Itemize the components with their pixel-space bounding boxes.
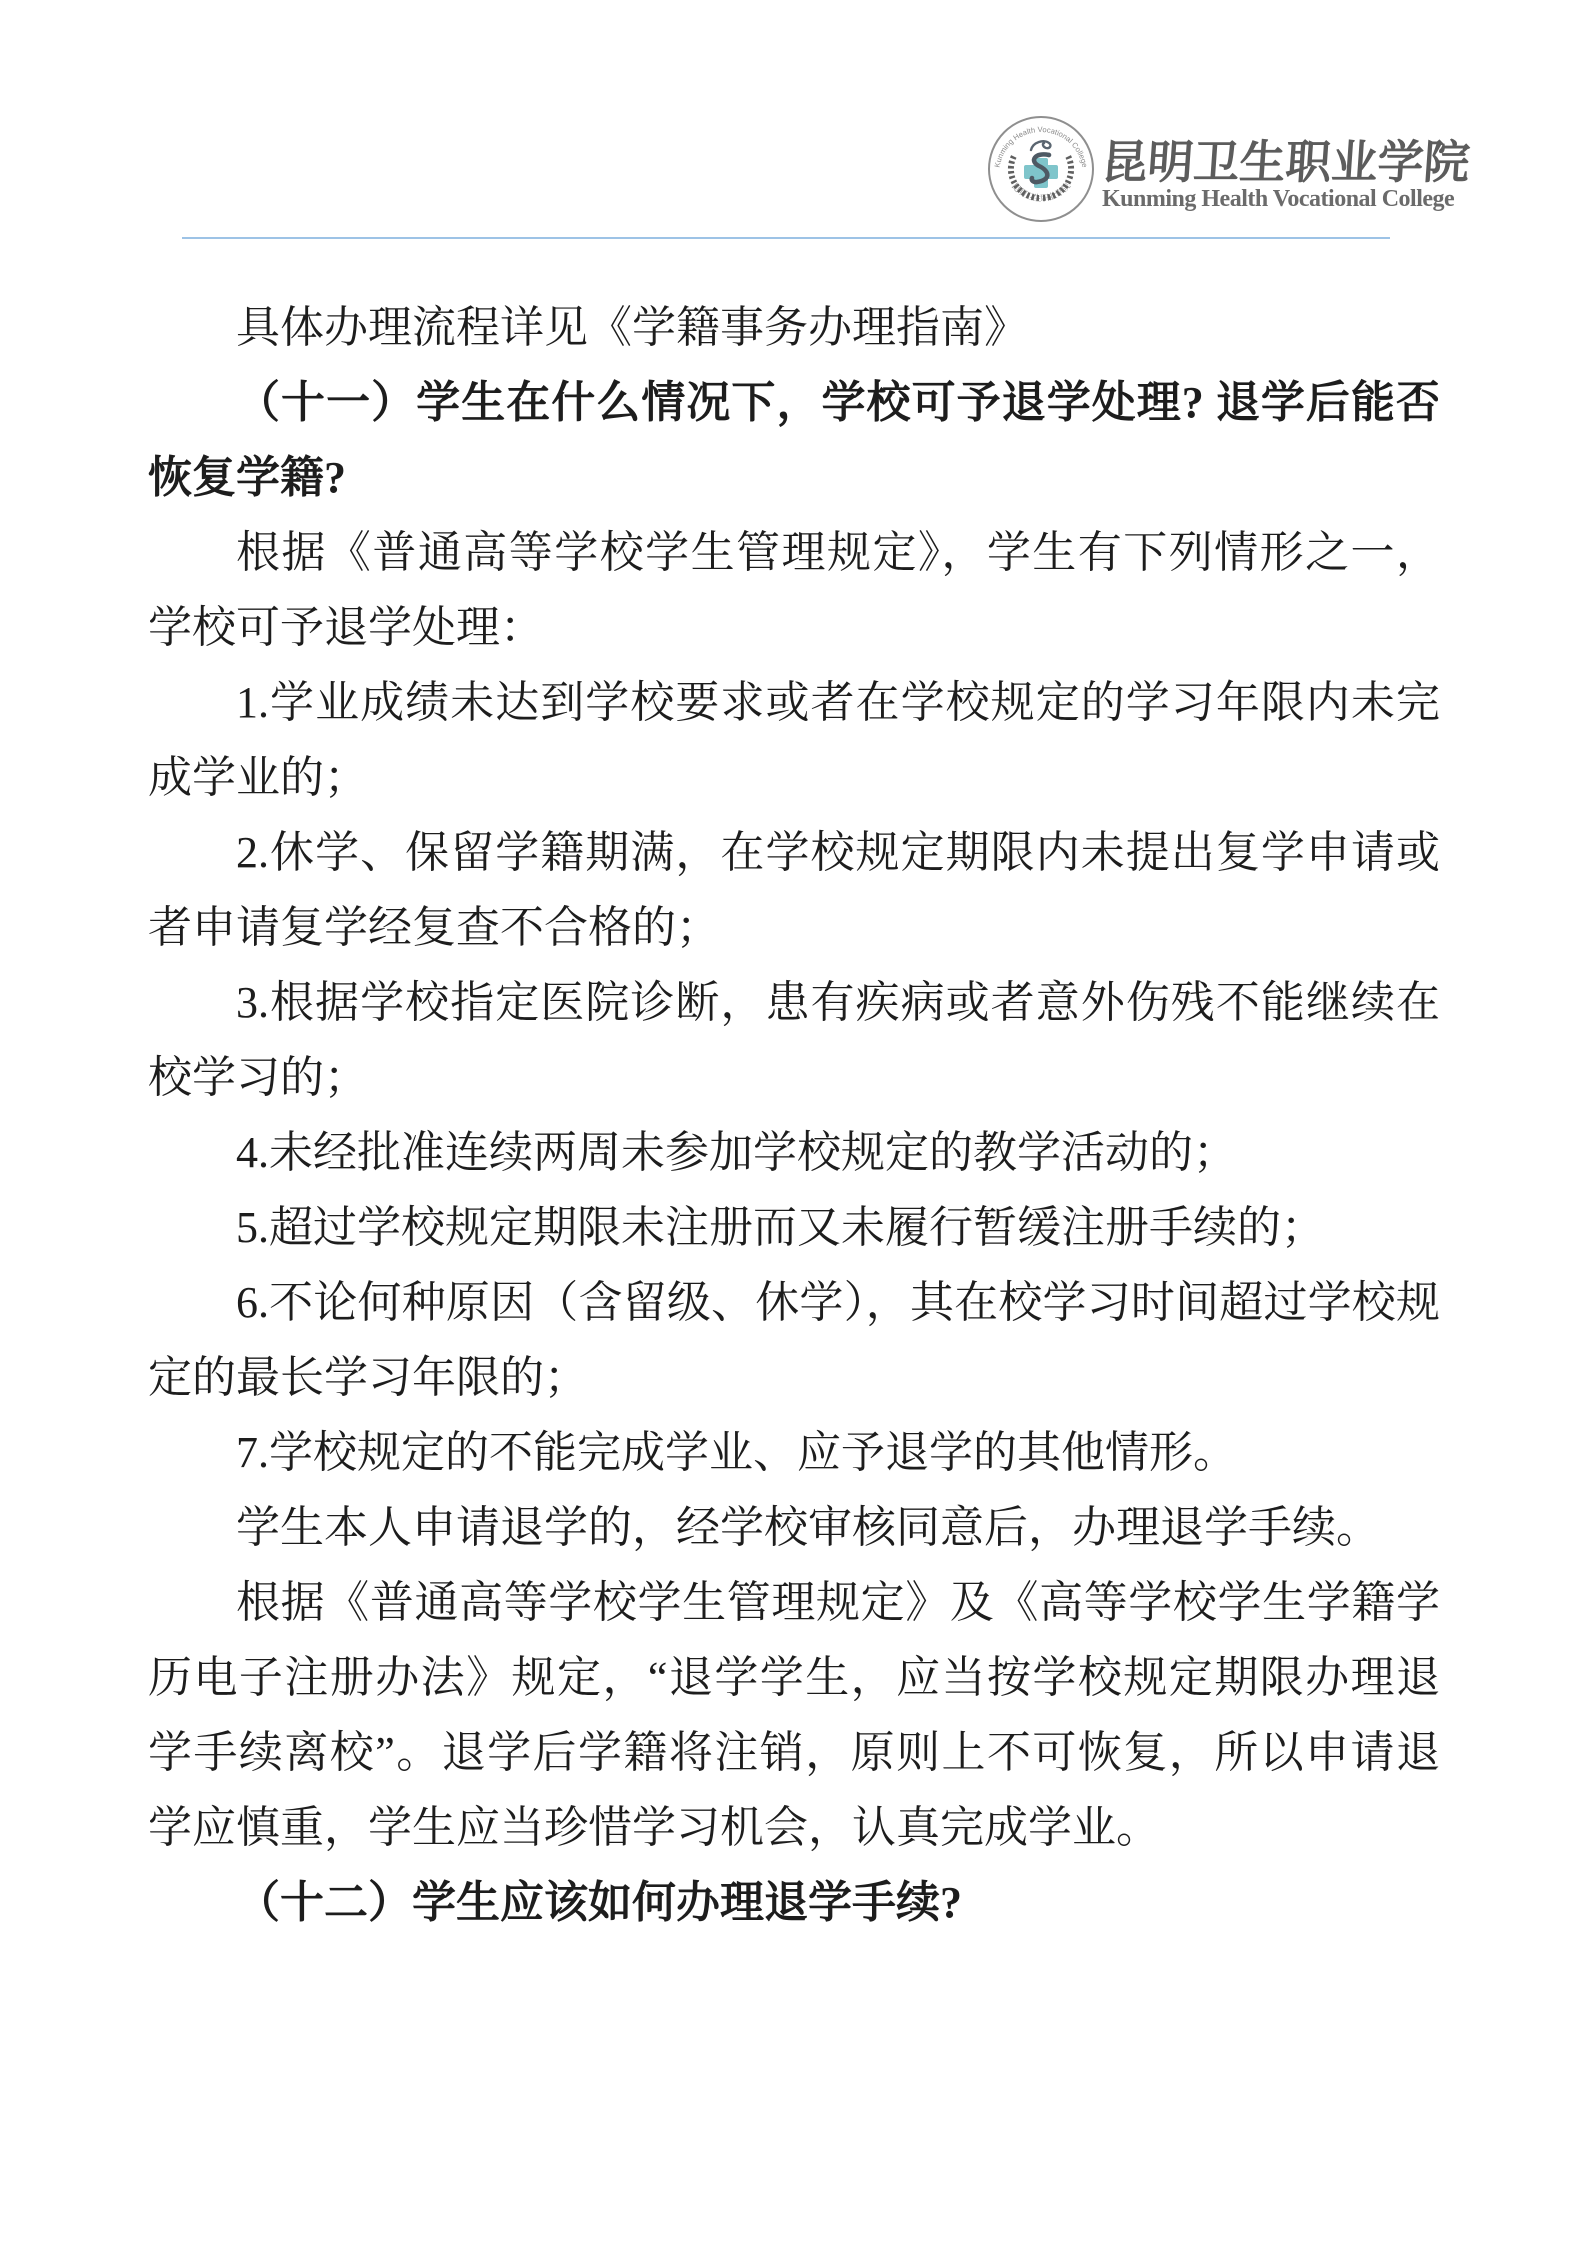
college-logo-icon: Kunming Health Vocational College 昆明卫生职业… (986, 114, 1096, 224)
section-heading-12: （十二）学生应该如何办理退学手续? (148, 1865, 1440, 1940)
list-item-1: 1.学业成绩未达到学校要求或者在学校规定的学习年限内未完成学业的； (148, 665, 1440, 815)
list-item-4: 4.未经批准连续两周未参加学校规定的教学活动的； (148, 1115, 1440, 1190)
list-item-2: 2.休学、保留学籍期满，在学校规定期限内未提出复学申请或者申请复学经复查不合格的… (148, 815, 1440, 965)
college-name-zh: 昆明卫生职业学院 (1100, 126, 1449, 188)
college-name-en: Kunming Health Vocational College (1102, 186, 1462, 213)
list-item-6: 6.不论何种原因（含留级、休学），其在校学习时间超过学校规定的最长学习年限的； (148, 1265, 1440, 1415)
page-header: Kunming Health Vocational College 昆明卫生职业… (0, 0, 1587, 250)
list-item-7: 7.学校规定的不能完成学业、应予退学的其他情形。 (148, 1415, 1440, 1490)
document-body: 具体办理流程详见《学籍事务办理指南》 （十一）学生在什么情况下，学校可予退学处理… (148, 290, 1440, 1940)
list-item-3: 3.根据学校指定医院诊断，患有疾病或者意外伤残不能继续在校学习的； (148, 965, 1440, 1115)
paragraph-consequences: 根据《普通高等学校学生管理规定》及《高等学校学生学籍学历电子注册办法》规定，“退… (148, 1565, 1440, 1865)
header-divider (182, 237, 1390, 239)
list-item-5: 5.超过学校规定期限未注册而又未履行暂缓注册手续的； (148, 1190, 1440, 1265)
paragraph-self-withdrawal: 学生本人申请退学的，经学校审核同意后，办理退学手续。 (148, 1490, 1440, 1565)
paragraph-intro: 具体办理流程详见《学籍事务办理指南》 (148, 290, 1440, 365)
document-page: Kunming Health Vocational College 昆明卫生职业… (0, 0, 1587, 2245)
section-heading-11: （十一）学生在什么情况下，学校可予退学处理? 退学后能否恢复学籍? (148, 365, 1440, 515)
paragraph-basis: 根据《普通高等学校学生管理规定》，学生有下列情形之一，学校可予退学处理： (148, 515, 1440, 665)
